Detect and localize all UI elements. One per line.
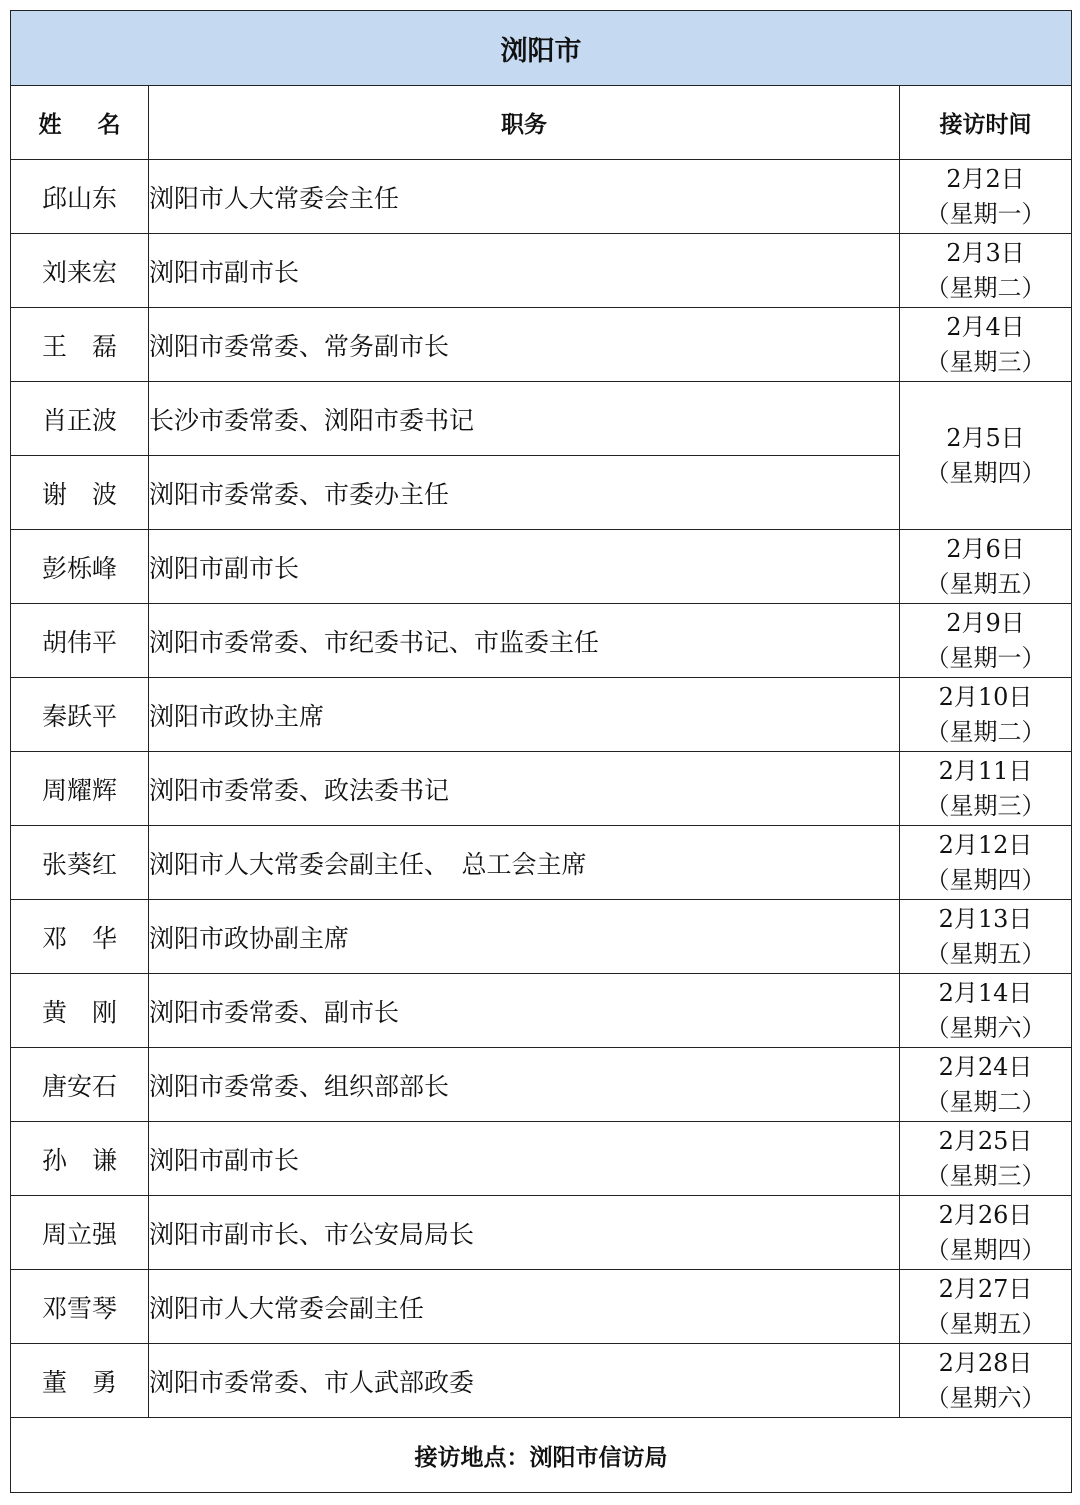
cell-time: 2月14日（星期六） <box>900 974 1072 1048</box>
cell-time: 2月2日（星期一） <box>900 160 1072 234</box>
weekday-text: （星期一） <box>900 641 1071 676</box>
table-row: 张葵红 浏阳市人大常委会副主任、 总工会主席 2月12日（星期四） <box>11 826 1072 900</box>
table-row: 刘来宏 浏阳市副市长 2月3日（星期二） <box>11 234 1072 308</box>
date-text: 2月28日 <box>900 1346 1071 1381</box>
cell-time: 2月12日（星期四） <box>900 826 1072 900</box>
date-text: 2月11日 <box>900 754 1071 789</box>
table-row: 邱山东 浏阳市人大常委会主任 2月2日（星期一） <box>11 160 1072 234</box>
cell-time: 2月6日（星期五） <box>900 530 1072 604</box>
date-text: 2月6日 <box>900 532 1071 567</box>
cell-name: 王 磊 <box>11 308 149 382</box>
date-text: 2月27日 <box>900 1272 1071 1307</box>
weekday-text: （星期二） <box>900 1085 1071 1120</box>
table-row: 胡伟平 浏阳市委常委、市纪委书记、市监委主任 2月9日（星期一） <box>11 604 1072 678</box>
weekday-text: （星期六） <box>900 1381 1071 1416</box>
cell-name: 董 勇 <box>11 1344 149 1418</box>
cell-name: 孙 谦 <box>11 1122 149 1196</box>
header-name-part1: 姓 <box>39 111 62 138</box>
date-text: 2月10日 <box>900 680 1071 715</box>
weekday-text: （星期五） <box>900 567 1071 602</box>
cell-position: 浏阳市副市长 <box>149 234 900 308</box>
cell-name: 邓 华 <box>11 900 149 974</box>
weekday-text: （星期二） <box>900 271 1071 306</box>
date-text: 2月25日 <box>900 1124 1071 1159</box>
weekday-text: （星期三） <box>900 1159 1071 1194</box>
footer-row: 接访地点：浏阳市信访局 <box>11 1418 1072 1493</box>
weekday-text: （星期三） <box>900 345 1071 380</box>
cell-name: 彭栎峰 <box>11 530 149 604</box>
cell-name: 张葵红 <box>11 826 149 900</box>
cell-position: 浏阳市委常委、市纪委书记、市监委主任 <box>149 604 900 678</box>
weekday-text: （星期三） <box>900 789 1071 824</box>
weekday-text: （星期四） <box>900 863 1071 898</box>
cell-time: 2月10日（星期二） <box>900 678 1072 752</box>
table-row: 王 磊 浏阳市委常委、常务副市长 2月4日（星期三） <box>11 308 1072 382</box>
weekday-text: （星期六） <box>900 1011 1071 1046</box>
cell-position: 浏阳市人大常委会副主任、 总工会主席 <box>149 826 900 900</box>
date-text: 2月4日 <box>900 310 1071 345</box>
table-row: 唐安石 浏阳市委常委、组织部部长 2月24日（星期二） <box>11 1048 1072 1122</box>
cell-position: 浏阳市政协副主席 <box>149 900 900 974</box>
cell-name: 黄 刚 <box>11 974 149 1048</box>
cell-position: 浏阳市委常委、市人武部政委 <box>149 1344 900 1418</box>
table-row: 黄 刚 浏阳市委常委、副市长 2月14日（星期六） <box>11 974 1072 1048</box>
cell-time: 2月11日（星期三） <box>900 752 1072 826</box>
header-name: 姓名 <box>11 86 149 160</box>
cell-time-merged: 2月5日（星期四） <box>900 382 1072 530</box>
cell-name: 刘来宏 <box>11 234 149 308</box>
weekday-text: （星期一） <box>900 197 1071 232</box>
cell-position: 浏阳市委常委、副市长 <box>149 974 900 1048</box>
table-title: 浏阳市 <box>11 11 1072 86</box>
cell-position: 浏阳市委常委、市委办主任 <box>149 456 900 530</box>
table-row: 董 勇 浏阳市委常委、市人武部政委 2月28日（星期六） <box>11 1344 1072 1418</box>
cell-time: 2月27日（星期五） <box>900 1270 1072 1344</box>
cell-position: 浏阳市副市长 <box>149 1122 900 1196</box>
cell-time: 2月9日（星期一） <box>900 604 1072 678</box>
header-time: 接访时间 <box>900 86 1072 160</box>
table-row: 孙 谦 浏阳市副市长 2月25日（星期三） <box>11 1122 1072 1196</box>
cell-name: 邱山东 <box>11 160 149 234</box>
cell-position: 浏阳市政协主席 <box>149 678 900 752</box>
cell-name: 周立强 <box>11 1196 149 1270</box>
cell-name: 唐安石 <box>11 1048 149 1122</box>
date-text: 2月26日 <box>900 1198 1071 1233</box>
cell-time: 2月4日（星期三） <box>900 308 1072 382</box>
weekday-text: （星期五） <box>900 1307 1071 1342</box>
cell-time: 2月26日（星期四） <box>900 1196 1072 1270</box>
cell-name: 谢 波 <box>11 456 149 530</box>
cell-position: 浏阳市副市长 <box>149 530 900 604</box>
weekday-text: （星期二） <box>900 715 1071 750</box>
cell-name: 秦跃平 <box>11 678 149 752</box>
table-row: 邓雪琴 浏阳市人大常委会副主任 2月27日（星期五） <box>11 1270 1072 1344</box>
cell-time: 2月25日（星期三） <box>900 1122 1072 1196</box>
table-row: 邓 华 浏阳市政协副主席 2月13日（星期五） <box>11 900 1072 974</box>
header-position: 职务 <box>149 86 900 160</box>
header-name-part2: 名 <box>98 111 121 138</box>
weekday-text: （星期五） <box>900 937 1071 972</box>
cell-position: 浏阳市人大常委会主任 <box>149 160 900 234</box>
date-text: 2月12日 <box>900 828 1071 863</box>
date-text: 2月9日 <box>900 606 1071 641</box>
cell-time: 2月13日（星期五） <box>900 900 1072 974</box>
weekday-text: （星期四） <box>900 1233 1071 1268</box>
date-text: 2月5日 <box>900 421 1071 456</box>
date-text: 2月14日 <box>900 976 1071 1011</box>
date-text: 2月3日 <box>900 236 1071 271</box>
table-row: 肖正波 长沙市委常委、浏阳市委书记 2月5日（星期四） <box>11 382 1072 456</box>
cell-name: 周耀辉 <box>11 752 149 826</box>
cell-name: 胡伟平 <box>11 604 149 678</box>
table-title-row: 浏阳市 <box>11 11 1072 86</box>
table-row: 彭栎峰 浏阳市副市长 2月6日（星期五） <box>11 530 1072 604</box>
cell-name: 肖正波 <box>11 382 149 456</box>
reception-location: 接访地点：浏阳市信访局 <box>11 1418 1072 1493</box>
date-text: 2月13日 <box>900 902 1071 937</box>
table-row: 周立强 浏阳市副市长、市公安局局长 2月26日（星期四） <box>11 1196 1072 1270</box>
table-row: 秦跃平 浏阳市政协主席 2月10日（星期二） <box>11 678 1072 752</box>
date-text: 2月2日 <box>900 162 1071 197</box>
reception-schedule-table: 浏阳市 姓名 职务 接访时间 邱山东 浏阳市人大常委会主任 2月2日（星期一） … <box>10 10 1072 1493</box>
header-row: 姓名 职务 接访时间 <box>11 86 1072 160</box>
cell-time: 2月24日（星期二） <box>900 1048 1072 1122</box>
weekday-text: （星期四） <box>900 456 1071 491</box>
cell-time: 2月28日（星期六） <box>900 1344 1072 1418</box>
cell-position: 浏阳市委常委、组织部部长 <box>149 1048 900 1122</box>
cell-position: 浏阳市委常委、常务副市长 <box>149 308 900 382</box>
cell-time: 2月3日（星期二） <box>900 234 1072 308</box>
cell-position: 浏阳市委常委、政法委书记 <box>149 752 900 826</box>
cell-position: 浏阳市人大常委会副主任 <box>149 1270 900 1344</box>
cell-position: 浏阳市副市长、市公安局局长 <box>149 1196 900 1270</box>
cell-name: 邓雪琴 <box>11 1270 149 1344</box>
table-row: 周耀辉 浏阳市委常委、政法委书记 2月11日（星期三） <box>11 752 1072 826</box>
cell-position: 长沙市委常委、浏阳市委书记 <box>149 382 900 456</box>
date-text: 2月24日 <box>900 1050 1071 1085</box>
